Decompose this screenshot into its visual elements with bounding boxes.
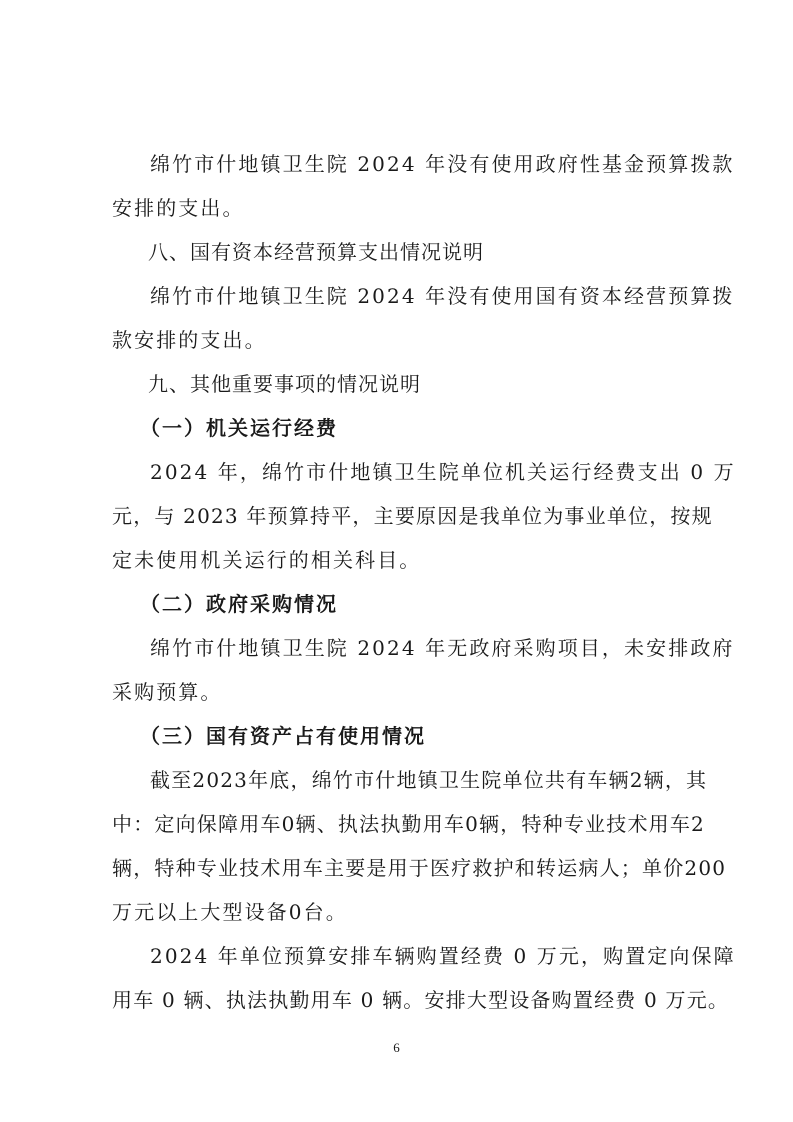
section-heading: 八、国有资本经营预算支出情况说明 <box>148 240 738 264</box>
subsection-heading: （三）国有资产占有使用情况 <box>140 724 730 748</box>
paragraph-line: 截至2023年底，绵竹市什地镇卫生院单位共有车辆2辆，其 <box>150 768 740 792</box>
paragraph-line: 2024 年，绵竹市什地镇卫生院单位机关运行经费支出 0 万 <box>150 460 740 484</box>
paragraph-line: 中：定向保障用车0辆、执法执勤用车0辆，特种专业技术用车2 <box>112 812 702 836</box>
page-number: 6 <box>0 1040 793 1056</box>
paragraph-line: 定未使用机关运行的相关科目。 <box>112 548 702 572</box>
paragraph-line: 款安排的支出。 <box>112 328 702 352</box>
paragraph-line: 绵竹市什地镇卫生院 2024 年无政府采购项目，未安排政府 <box>150 636 740 660</box>
paragraph-line: 辆，特种专业技术用车主要是用于医疗救护和转运病人；单价200 <box>112 856 702 880</box>
paragraph-line: 绵竹市什地镇卫生院 2024 年没有使用国有资本经营预算拨 <box>150 284 740 308</box>
paragraph-line: 2024 年单位预算安排车辆购置经费 0 万元，购置定向保障 <box>150 944 740 968</box>
section-heading: 九、其他重要事项的情况说明 <box>148 372 738 396</box>
paragraph-line: 采购预算。 <box>112 680 702 704</box>
paragraph-line: 用车 0 辆、执法执勤用车 0 辆。安排大型设备购置经费 0 万元。 <box>112 988 702 1012</box>
paragraph-line: 绵竹市什地镇卫生院 2024 年没有使用政府性基金预算拨款 <box>150 152 740 176</box>
paragraph-line: 安排的支出。 <box>112 196 702 220</box>
subsection-heading: （一）机关运行经费 <box>140 416 730 440</box>
paragraph-line: 万元以上大型设备0台。 <box>112 900 702 924</box>
document-page: 绵竹市什地镇卫生院 2024 年没有使用政府性基金预算拨款 安排的支出。 八、国… <box>0 0 793 1122</box>
paragraph-line: 元，与 2023 年预算持平，主要原因是我单位为事业单位，按规 <box>112 504 702 528</box>
subsection-heading: （二）政府采购情况 <box>140 592 730 616</box>
